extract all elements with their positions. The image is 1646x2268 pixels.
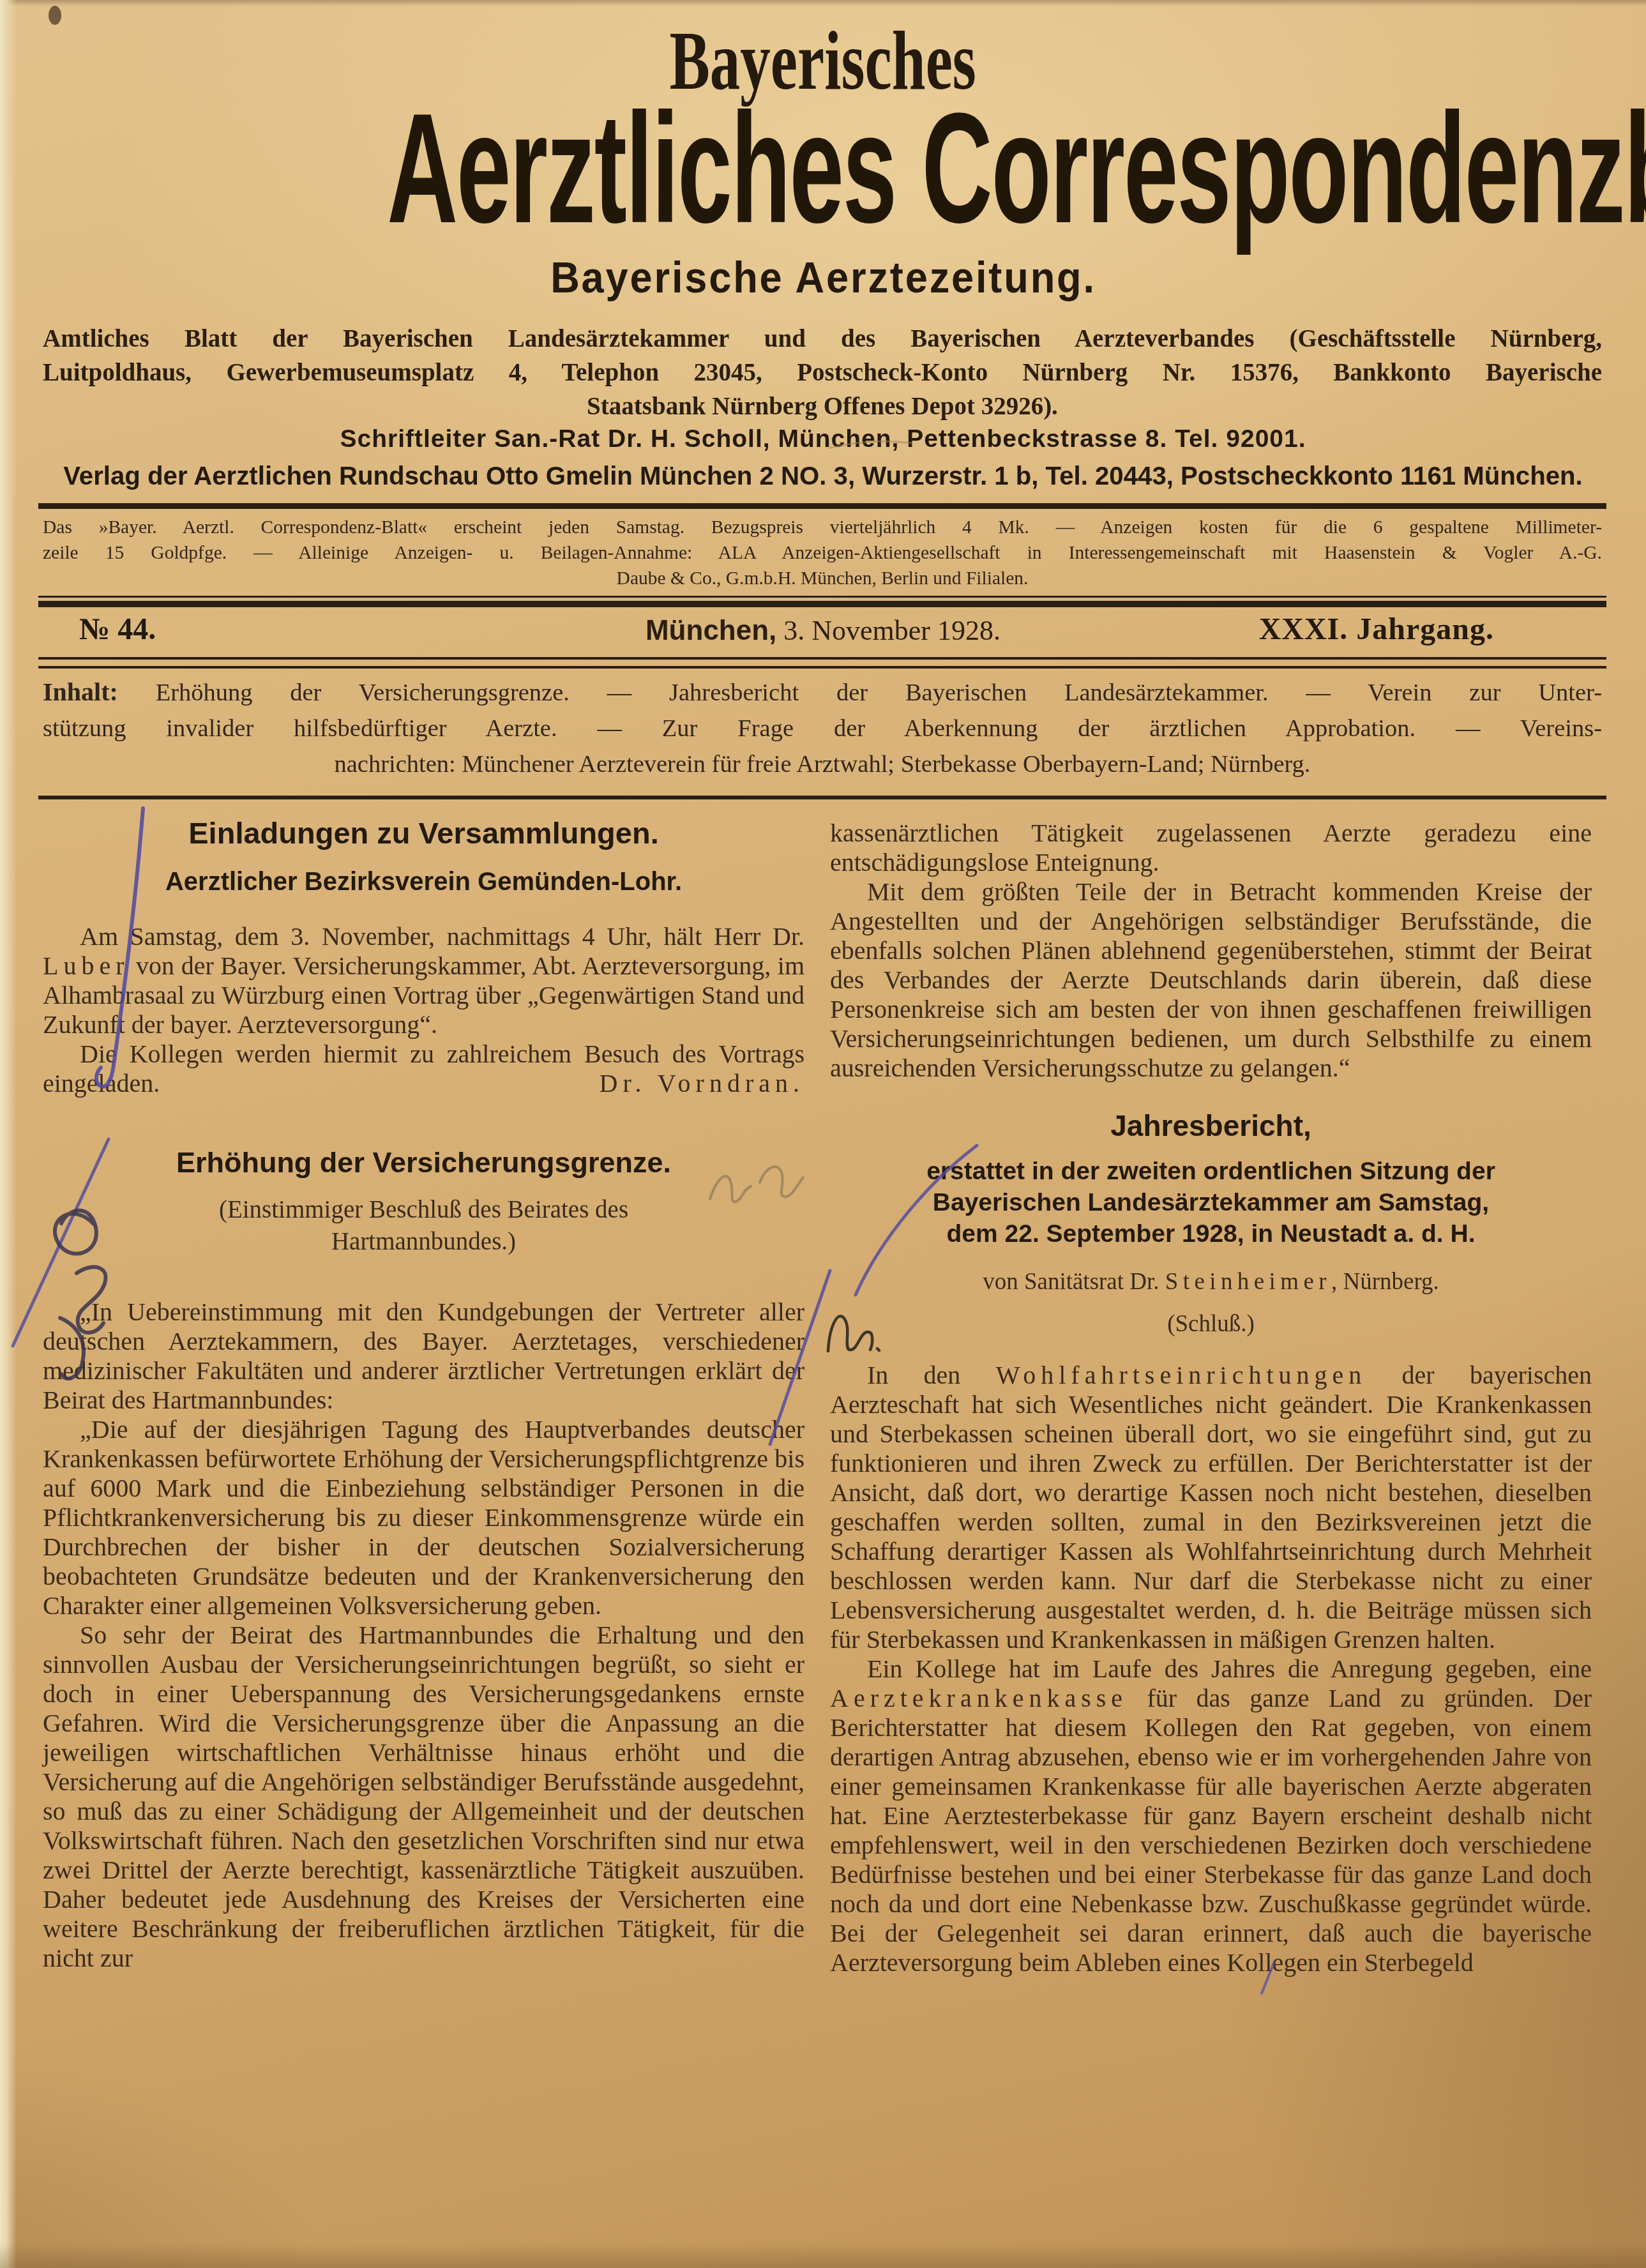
paragraph: Ein Kollege hat im Laufe des Jahres die …	[830, 1654, 1592, 1977]
horizontal-rule	[38, 503, 1606, 509]
resolution-subheading: (Einstimmiger Beschluß des Beirates des …	[43, 1194, 804, 1258]
report-subheading: erstattet in der zweiten ordentlichen Si…	[830, 1156, 1592, 1250]
scan-edge-bottom	[0, 2242, 1646, 2268]
horizontal-rule	[38, 796, 1606, 799]
toc-line: stützung invalider hilfsbedürftiger Aerz…	[43, 711, 1602, 746]
issue-bar: № 44. München, 3. November 1928. XXXI. J…	[0, 612, 1646, 650]
masthead-subtitle: Bayerische Aerztezeitung.	[0, 253, 1646, 303]
horizontal-rule	[38, 601, 1606, 607]
imprint-line: Amtliches Blatt der Bayerischen Landesär…	[43, 322, 1602, 356]
journal-front-page: Bayerisches Aerztliches Correspondenzbla…	[0, 0, 1646, 2268]
scan-edge-left	[0, 0, 17, 2268]
left-column: Einladungen zu Versammlungen. Aerztliche…	[43, 819, 804, 1973]
imprint-block: Amtliches Blatt der Bayerischen Landesär…	[43, 322, 1602, 423]
toc-line: Inhalt: Erhöhung der Versicherungsgrenze…	[43, 674, 1602, 711]
section-heading-versicherungsgrenze: Erhöhung der Versicherungsgrenze.	[43, 1148, 804, 1177]
section-invitations: Einladungen zu Versammlungen. Aerztliche…	[43, 819, 804, 1098]
report-closing-note: (Schluß.)	[830, 1310, 1592, 1339]
paragraph: „In Uebereinstimmung mit den Kundgebunge…	[43, 1297, 804, 1415]
paragraph: In den Wohlfahrtseinrichtungen der bayer…	[830, 1361, 1592, 1654]
right-column: kassenärztlichen Tätigkeit zugelassenen …	[830, 819, 1592, 1977]
horizontal-rule	[38, 666, 1606, 669]
paragraph: kassenärztlichen Tätigkeit zugelassenen …	[830, 819, 1592, 877]
horizontal-rule	[38, 596, 1606, 598]
subheading-bezirksverein: Aerztlicher Bezirksverein Gemünden-Lohr.	[43, 867, 804, 896]
subscription-line: zeile 15 Goldpfge. — Alleinige Anzeigen-…	[43, 540, 1602, 566]
signature: Dr. Vorndran.	[563, 1069, 804, 1098]
toc-line: nachrichten: Münchener Aerzteverein für …	[43, 746, 1602, 782]
report-byline: von Sanitätsrat Dr. Steinheimer, Nürnber…	[830, 1267, 1592, 1297]
issue-volume: XXXI. Jahrgang.	[1259, 612, 1494, 647]
paragraph: So sehr der Beirat des Hartmannbundes di…	[43, 1621, 804, 1973]
editor-line: Schriftleiter San.-Rat Dr. H. Scholl, Mü…	[0, 425, 1646, 453]
paragraph: Mit dem größten Teile der in Betracht ko…	[830, 877, 1592, 1083]
paragraph: „Die auf der diesjährigen Tagung des Hau…	[43, 1415, 804, 1621]
masthead-main-title: Aerztliches Correspondenzblatt	[0, 82, 1646, 255]
section-heading-invitations: Einladungen zu Versammlungen.	[43, 819, 804, 848]
imprint-line: Luitpoldhaus, Gewerbemuseumsplatz 4, Tel…	[43, 356, 1602, 389]
paragraph: Am Samstag, dem 3. November, nachmittags…	[43, 922, 804, 1039]
section-annual-report: Jahresbericht, erstattet in der zweiten …	[830, 1111, 1592, 1977]
imprint-line: Staatsbank Nürnberg Offenes Depot 32926)…	[43, 389, 1602, 423]
scan-edge-top	[0, 0, 1646, 6]
paragraph-with-signature: Die Kollegen werden hiermit zu zahlreich…	[43, 1039, 804, 1098]
subscription-line: Daube & Co., G.m.b.H. München, Berlin un…	[43, 566, 1602, 591]
section-heading-jahresbericht: Jahresbericht,	[830, 1111, 1592, 1140]
section-resolution-continuation: kassenärztlichen Tätigkeit zugelassenen …	[830, 819, 1592, 1083]
subscription-note: Das »Bayer. Aerztl. Correspondenz-Blatt«…	[43, 515, 1602, 591]
subscription-line: Das »Bayer. Aerztl. Correspondenz-Blatt«…	[43, 515, 1602, 540]
horizontal-rule	[38, 657, 1606, 660]
section-resolution: Erhöhung der Versicherungsgrenze. (Einst…	[43, 1148, 804, 1973]
publisher-line: Verlag der Aerztlichen Rundschau Otto Gm…	[0, 461, 1646, 491]
table-of-contents: Inhalt: Erhöhung der Versicherungsgrenze…	[43, 674, 1602, 782]
